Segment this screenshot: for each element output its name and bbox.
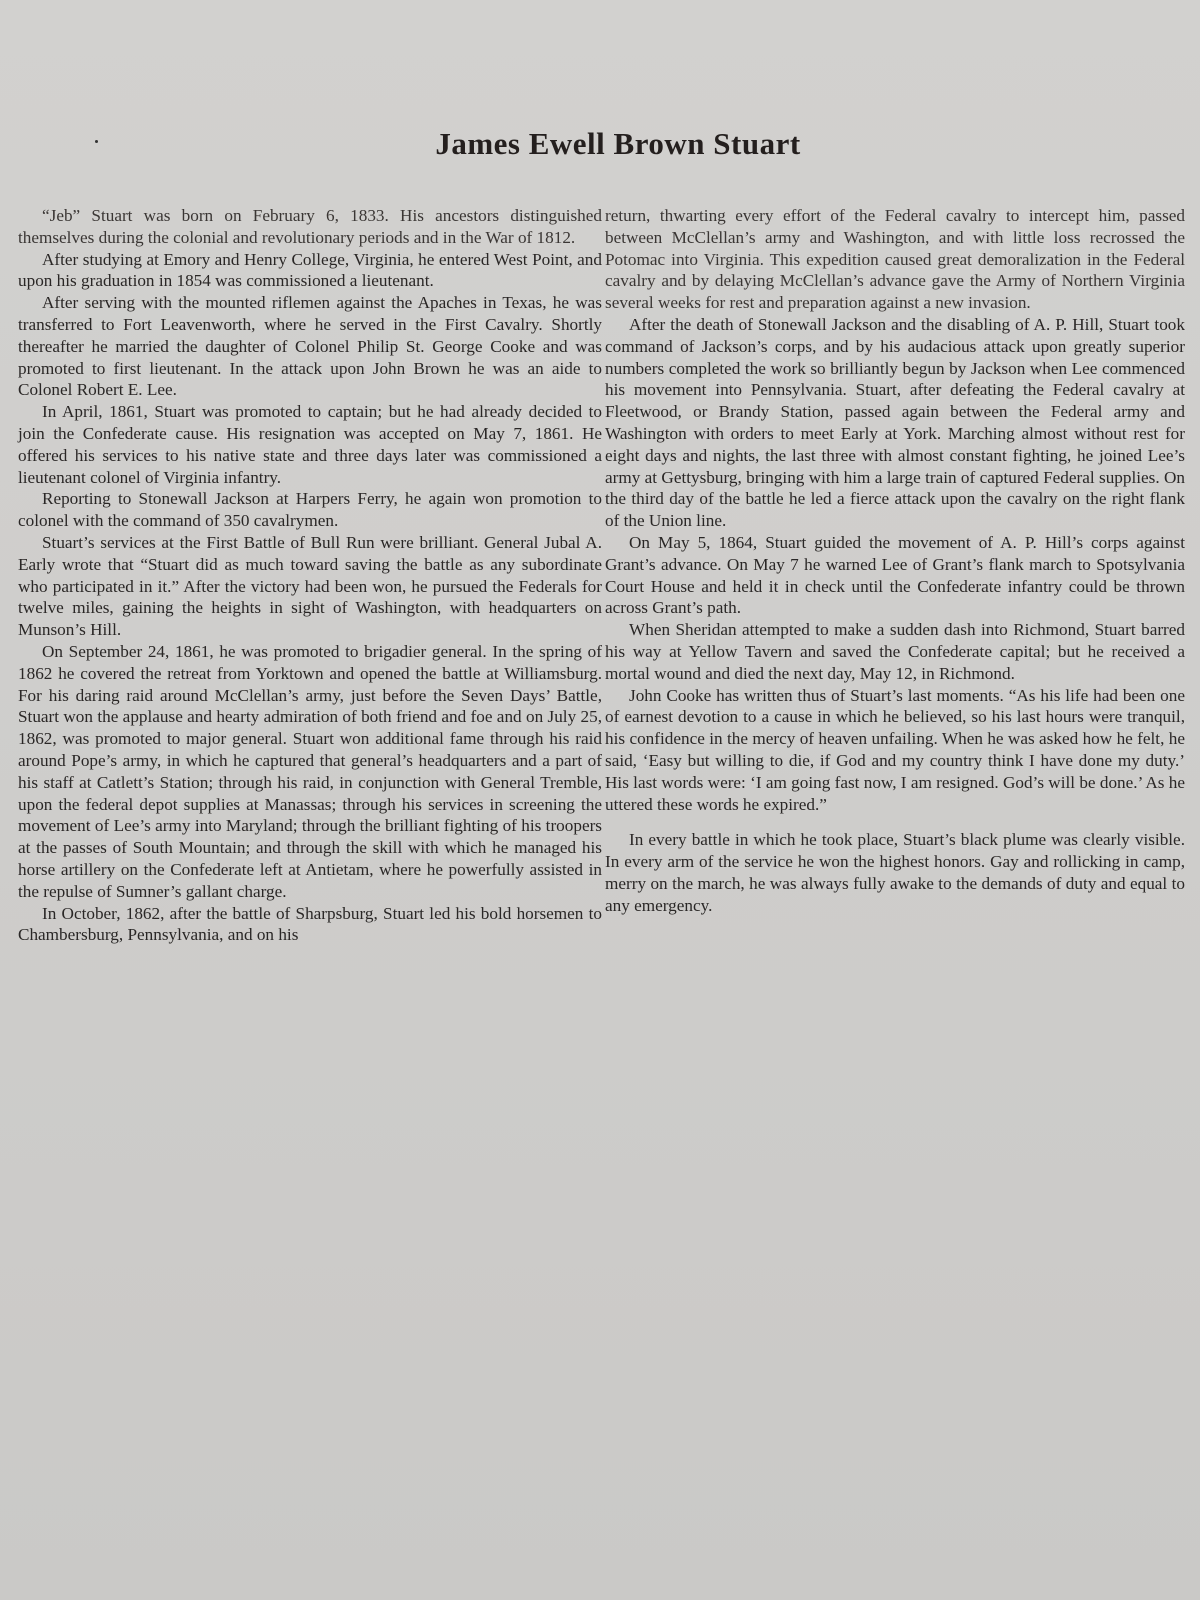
- paragraph-black-plume: In every battle in which he took place, …: [605, 829, 1185, 916]
- paragraph-early-service: After serving with the mounted riflemen …: [18, 292, 602, 401]
- paragraph-chambersburg-continued: return, thwarting every effort of the Fe…: [605, 205, 1185, 314]
- paragraph-last-moments: John Cooke has written thus of Stuart’s …: [605, 685, 1185, 816]
- paragraph-spotsylvania: On May 5, 1864, Stuart guided the moveme…: [605, 532, 1185, 619]
- paragraph-resignation: In April, 1861, Stuart was promoted to c…: [18, 401, 602, 488]
- paragraph-gettysburg: After the death of Stonewall Jackson and…: [605, 314, 1185, 532]
- paragraph-bull-run: Stuart’s services at the First Battle of…: [18, 532, 602, 641]
- paragraph-education: After studying at Emory and Henry Colleg…: [18, 249, 602, 293]
- paragraph-chambersburg: In October, 1862, after the battle of Sh…: [18, 903, 602, 947]
- page-title: James Ewell Brown Stuart: [0, 126, 1200, 162]
- paragraph-yellow-tavern: When Sheridan attempted to make a sudden…: [605, 619, 1185, 684]
- left-column: “Jeb” Stuart was born on February 6, 183…: [18, 205, 602, 946]
- right-column: return, thwarting every effort of the Fe…: [605, 205, 1185, 917]
- paragraph-brigadier-general: On September 24, 1861, he was promoted t…: [18, 641, 602, 903]
- paragraph-birth: “Jeb” Stuart was born on February 6, 183…: [18, 205, 602, 249]
- paragraph-harpers-ferry: Reporting to Stonewall Jackson at Harper…: [18, 488, 602, 532]
